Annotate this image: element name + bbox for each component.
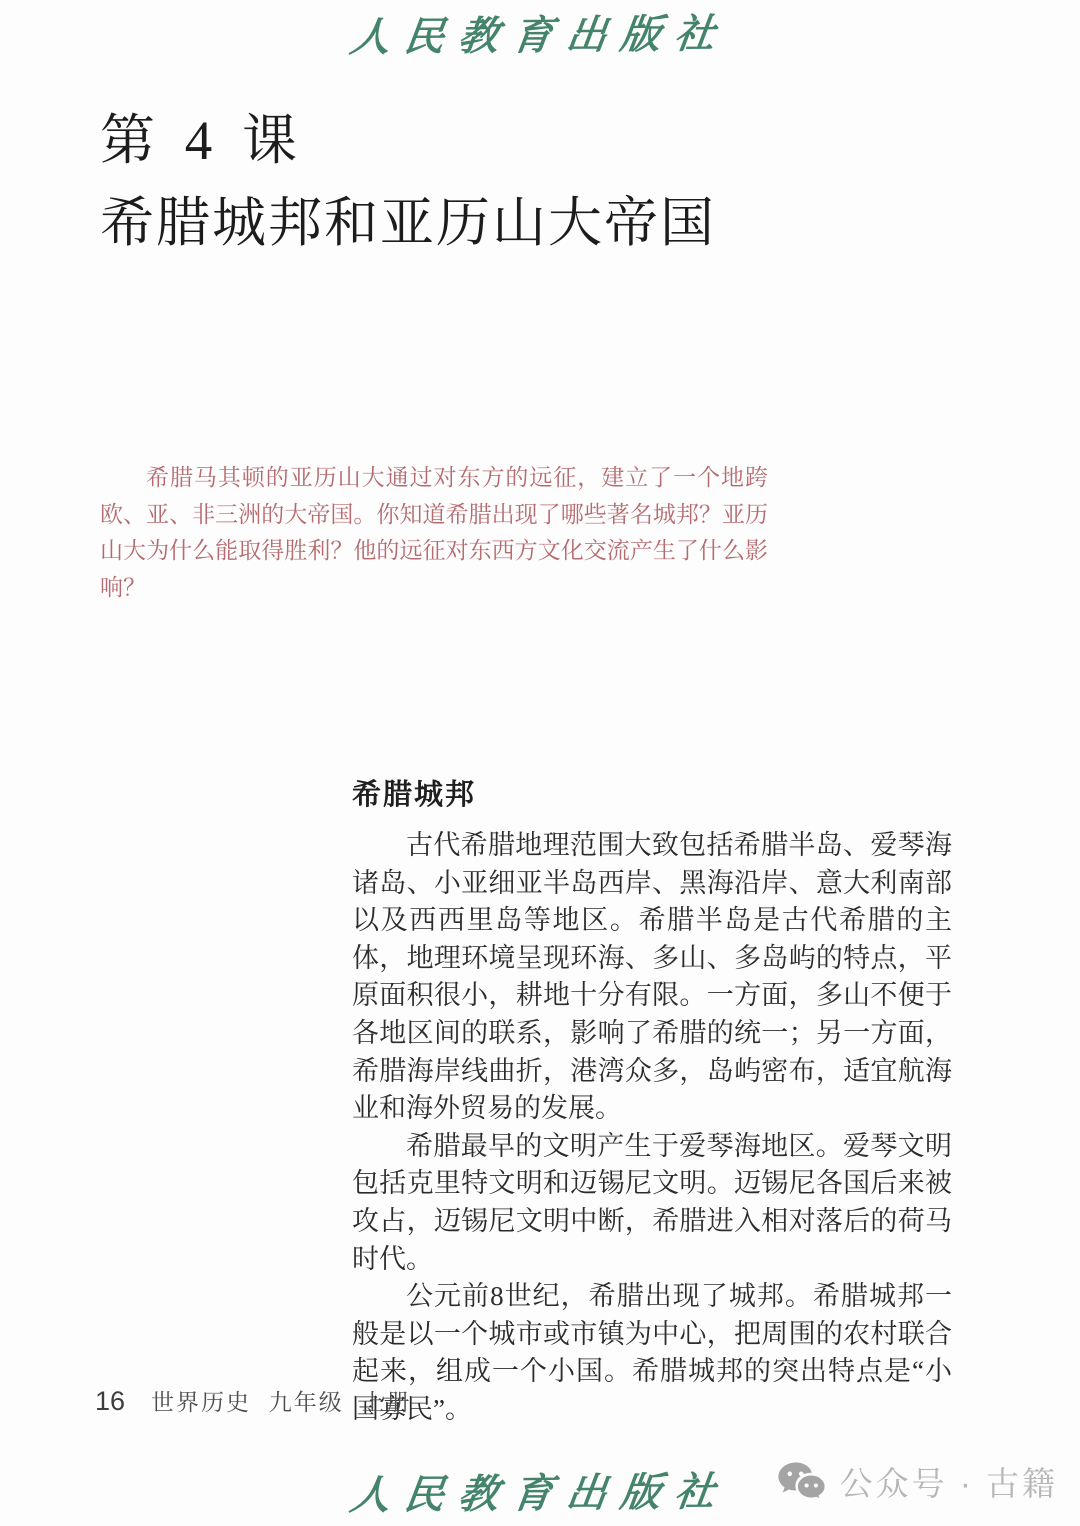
watermark: 公众号 · 古籍 [777, 1458, 1058, 1505]
lesson-intro: 希腊马其顿的亚历山大通过对东方的远征，建立了一个地跨欧、亚、非三洲的大帝国。你知… [100, 460, 768, 606]
textbook-page: 人民教育出版社 第 4 课 希腊城邦和亚历山大帝国 希腊马其顿的亚历山大通过对东… [0, 0, 1080, 1526]
publisher-logo-bottom-text: 人民教育出版社 [347, 1460, 733, 1521]
wechat-icon [777, 1460, 827, 1504]
book-title: 世界历史 九年级 上册 [151, 1384, 412, 1417]
publisher-logo-top-text: 人民教育出版社 [347, 2, 733, 63]
lesson-title: 希腊城邦和亚历山大帝国 [100, 180, 716, 257]
paragraph-aegean-civilization: 希腊最早的文明产生于爱琴海地区。爱琴文明包括克里特文明和迈锡尼文明。迈锡尼各国后… [352, 1128, 952, 1278]
publisher-logo-top: 人民教育出版社 [0, 4, 1080, 61]
paragraph-city-states: 公元前8世纪，希腊出现了城邦。希腊城邦一般是以一个城市或市镇为中心，把周围的农村… [352, 1278, 952, 1428]
section-heading: 希腊城邦 [352, 772, 952, 813]
paragraph-greek-geography: 古代希腊地理范围大致包括希腊半岛、爱琴海诸岛、小亚细亚半岛西岸、黑海沿岸、意大利… [352, 827, 952, 1128]
main-content: 希腊城邦 古代希腊地理范围大致包括希腊半岛、爱琴海诸岛、小亚细亚半岛西岸、黑海沿… [352, 772, 952, 1429]
lesson-number: 第 4 课 [100, 96, 305, 175]
page-number: 16 [95, 1386, 125, 1417]
page-footer: 16 世界历史 九年级 上册 [95, 1384, 412, 1417]
watermark-label: 公众号 · 古籍 [840, 1458, 1058, 1505]
